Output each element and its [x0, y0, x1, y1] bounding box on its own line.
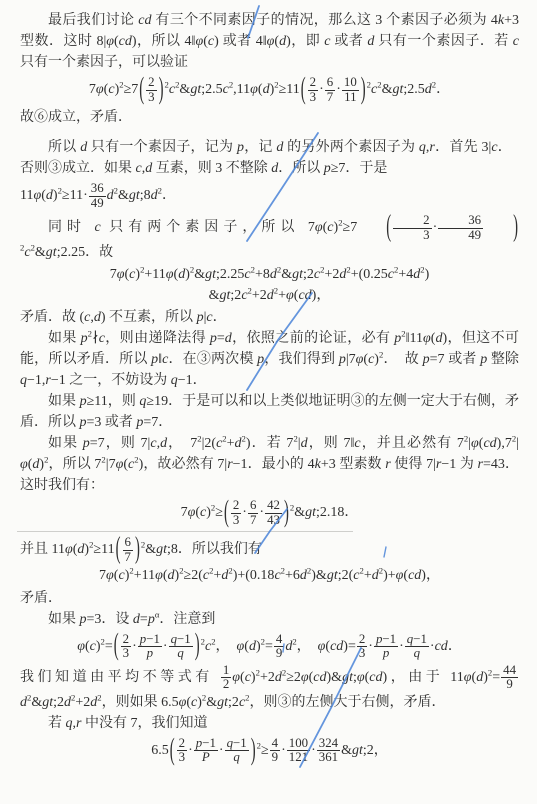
paragraph-p-equals-3-case: 如果 p=3．设 d=pα．注意到: [20, 609, 519, 630]
paragraph-p-equals-7-case: 如果 p=7，则 7|c,d， 72|2(c2+d2)．若 72|d，则 7‖c…: [20, 433, 519, 496]
formula-combined-inequality: 7φ(c)2+11φ(d)2≥2(c2+d2)+(0.18c2+6d2)&gt;…: [20, 567, 519, 585]
document-page: 最后我们讨论 cd 有三个不同素因子的情况，那么这 3 个素因子必须为 4k+3…: [0, 0, 537, 804]
formula-sum-inequality-line2: &gt;2c2+2d2+φ(cd)，: [20, 287, 519, 305]
line-hence-6-contradiction: 故⑥成立，矛盾．: [20, 107, 519, 128]
paragraph-q-r-without-7: 若 q,r 中没有 7，我们知道: [20, 713, 519, 734]
paragraph-p-ge-11-case: 如果 p≥11，则 q≥19．于是可以和以上类似地证明③的左侧一定大于右侧，矛盾…: [20, 391, 519, 433]
formula-sum-inequality-line1: 7φ(c)2+11φ(d)2&gt;2.25c2+8d2&gt;2c2+2d2+…: [20, 266, 519, 284]
line-contradiction: 矛盾．: [20, 588, 519, 609]
formula-phi-identities: φ(c)2=(23·p−1p·q−1q)2c2， φ(d)2=49d2， φ(c…: [20, 633, 519, 661]
line-contradiction-not-coprime: 矛盾．故 (c,d) 不互素，所以 p|c．: [20, 307, 519, 328]
paragraph-11phi-d-gt-8: 并且 11φ(d)2≥11(67)2&gt;8．所以我们有: [20, 536, 519, 564]
paragraph-c-two-prime-factors: 同时 c 只有两个素因子，所以 7φ(c)2≥7(23·3649)2c2&gt;…: [20, 214, 519, 263]
formula-phi-c-phi-d-bounds: 7φ(c)2≥7(23)2c2&gt;2.5c2,11φ(d)2≥11(23·6…: [20, 76, 519, 104]
formula-6-5-bound: 6.5(23·p−1P·q−1q)2≥49·100121·324361&gt;2…: [20, 737, 519, 765]
paragraph-p-squared-case: 如果 p2∤c，则由递降法得 p=d，依照之前的论证，必有 p2‖11φ(d)，…: [20, 328, 519, 391]
formula-7phi-c-2-18: 7φ(c)2≥(23·67·4243)2&gt;2.18．: [20, 499, 519, 527]
paragraph-am-gm-argument: 我们知道由平均不等式有 12φ(c)2+2d2≥2φ(cd)&gt;φ(cd)，…: [20, 664, 519, 713]
page-divider-line: [17, 531, 353, 532]
formula-11phi-d-36-49: 11φ(d)2≥11·3649d2&gt;8d2．: [20, 182, 519, 210]
paragraph-intro-cd-three-factors: 最后我们讨论 cd 有三个不同素因子的情况，那么这 3 个素因子必须为 4k+3…: [20, 10, 519, 73]
paragraph-d-one-prime-factor: 所以 d 只有一个素因子，记为 p，记 d 的另外两个素因子为 q,r．首先 3…: [20, 137, 519, 179]
